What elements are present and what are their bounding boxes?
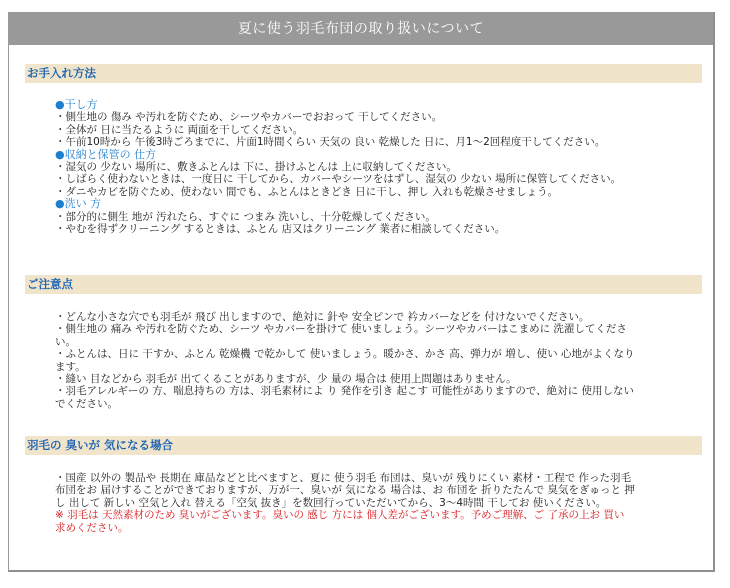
bullet-dot-icon: ●: [55, 197, 65, 210]
subheading-washing: ●洗い 方: [55, 198, 635, 210]
list-item: ・側生地の 痛み や汚れを防ぐため、シーツ やカバーを掛けて 使いましょう。シー…: [55, 323, 635, 348]
odor-note: ※ 羽毛は 天然素材のため 臭いがございます。臭いの 感じ 方には 個人差がござ…: [55, 509, 635, 534]
list-item: ・ふとんは、日に 干すか、ふとん 乾燥機 で乾かして 使いましょう。暖かさ、かさ…: [55, 348, 635, 373]
list-item: ・縫い 目などから 羽毛が 出てくることがありますが、少 量の 場合は 使用上問…: [55, 373, 635, 385]
list-item: ・やむを得ずクリーニング するときは、ふとん 店又はクリーニング 業者に相談して…: [55, 223, 635, 235]
bullet-dot-icon: ●: [55, 148, 65, 161]
section-title-odor: 羽毛の 臭いが 気になる場合: [25, 436, 702, 455]
list-item: ・湿気の 少ない 場所に、敷きふとんは 下に、掛けふとんは 上に収納してください…: [55, 161, 635, 173]
section-title-cautions: ご注意点: [25, 275, 702, 294]
list-item: ・どんな小さな穴でも羽毛が 飛び 出しますので、絶対に 針や 安全ピンで 衿カバ…: [55, 311, 635, 323]
care-content: ●干し方 ・側生地の 傷み や汚れを防ぐため、シーツやカバーでおおって 干してく…: [55, 99, 635, 235]
subheading-storage: ●収納と保管の 仕方: [55, 149, 635, 161]
list-item: ・しばらく使わないときは、一度日に 干してから、カバーやシーツをはずし、湿気の …: [55, 173, 635, 185]
list-item: ・全体が 日に当たるように 両面を干してください。: [55, 124, 635, 136]
list-item: ・羽毛アレルギーの 方、喘息持ちの 方は、羽毛素材によ り 発作を引き 起こす …: [55, 385, 635, 410]
bullet-dot-icon: ●: [55, 98, 65, 111]
cautions-content: ・どんな小さな穴でも羽毛が 飛び 出しますので、絶対に 針や 安全ピンで 衿カバ…: [55, 311, 635, 410]
section-title-care: お手入れ方法: [25, 64, 702, 83]
odor-paragraph: ・国産 以外の 製品や 長期在 庫品などと比べますと、夏に 使う羽毛 布団は、臭…: [55, 472, 635, 509]
odor-content: ・国産 以外の 製品や 長期在 庫品などと比べますと、夏に 使う羽毛 布団は、臭…: [55, 472, 635, 534]
list-item: ・側生地の 傷み や汚れを防ぐため、シーツやカバーでおおって 干してください。: [55, 111, 635, 123]
subheading-drying: ●干し方: [55, 99, 635, 111]
page-title: 夏に使う羽毛布団の取り扱いについて: [9, 13, 713, 45]
list-item: ・ダニやカビを防ぐため、使わない 間でも、ふとんはときどき 日に干し、押し 入れ…: [55, 186, 635, 198]
list-item: ・部分的に側生 地が 汚れたら、すぐに つまみ 洗いし、十分乾燥してください。: [55, 211, 635, 223]
